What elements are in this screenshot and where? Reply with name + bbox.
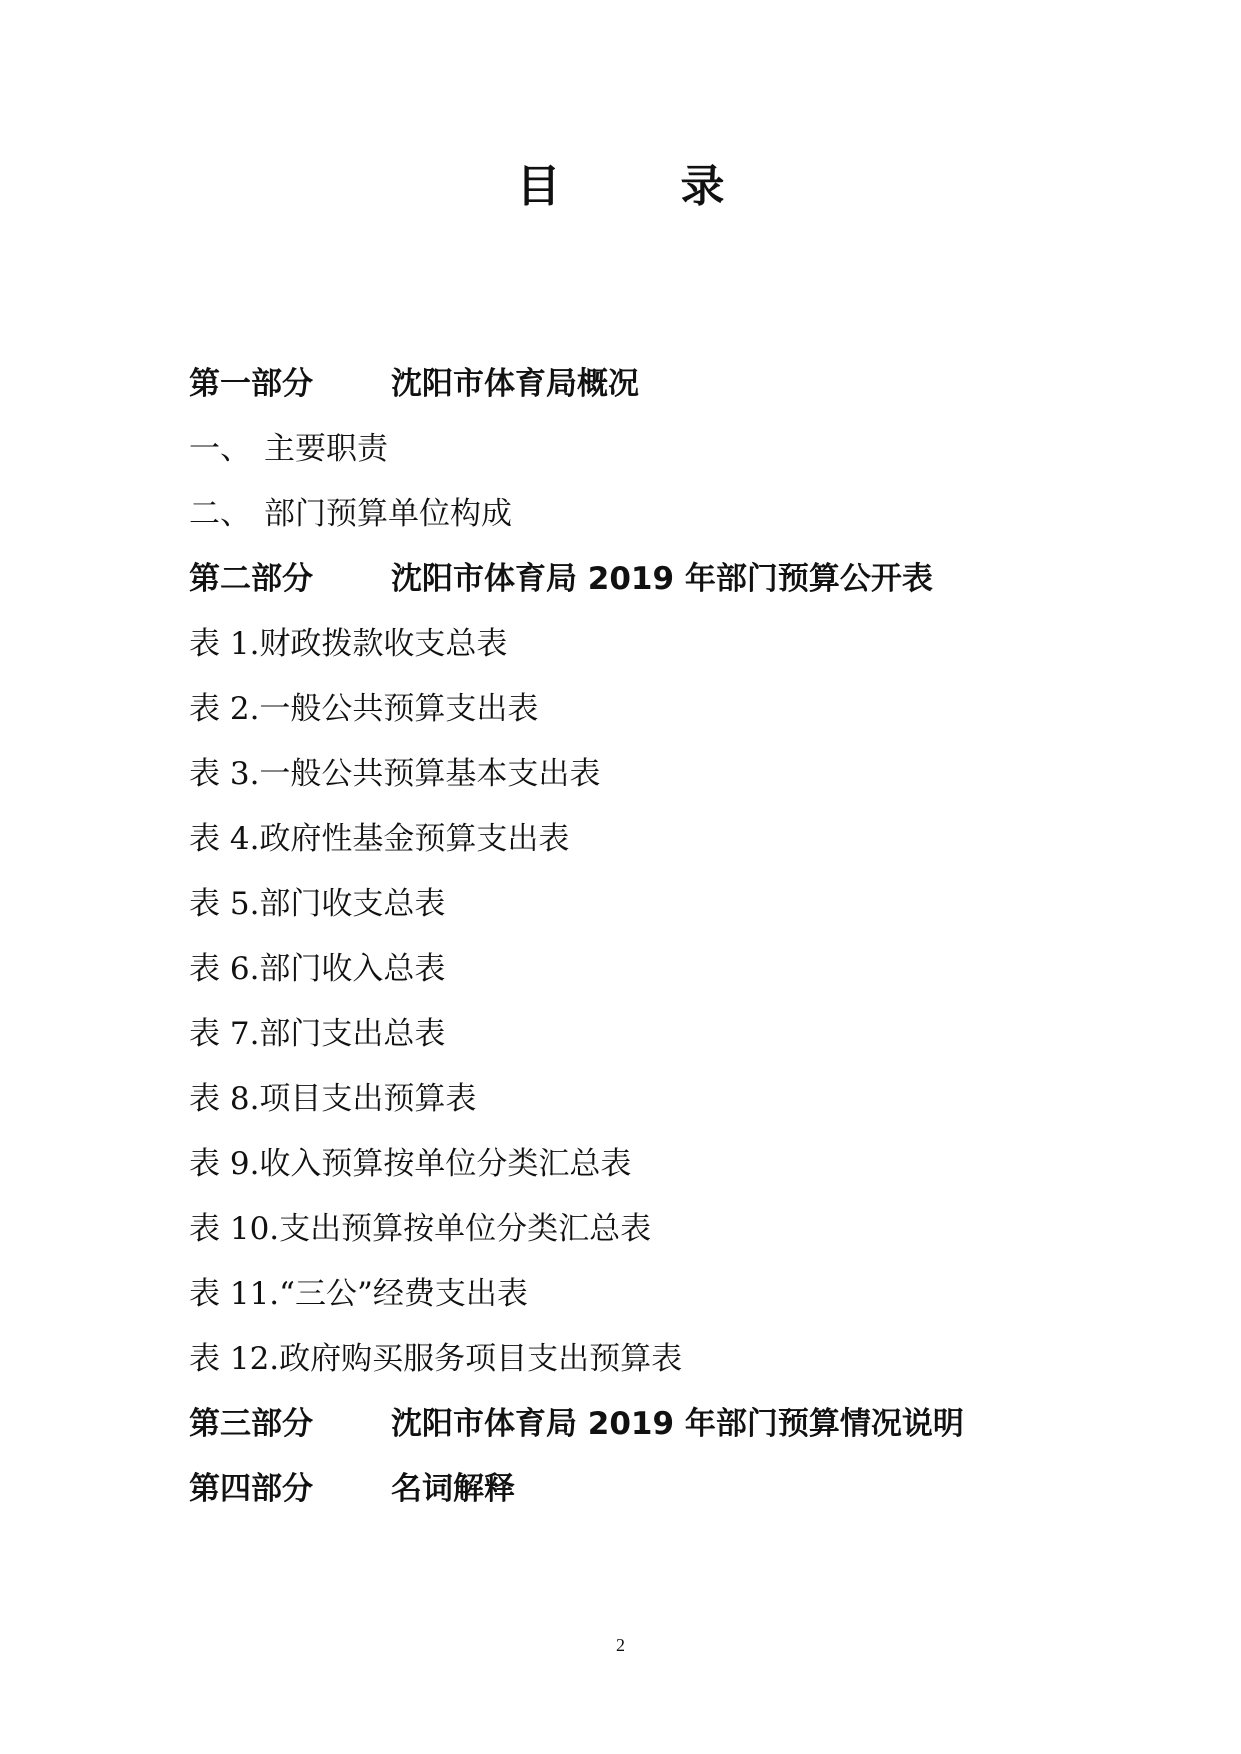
toc-section-label: 一、 bbox=[189, 417, 264, 482]
toc-part-4[interactable]: 第四部分名词解释 bbox=[189, 1457, 964, 1522]
toc-part-label: 第二部分 bbox=[189, 547, 391, 612]
toc-entry-text: 沈阳市体育局 2019 年部门预算情况说明 bbox=[391, 1406, 964, 1442]
toc-table-2[interactable]: 表 2.一般公共预算支出表 bbox=[189, 677, 964, 742]
page-number: 2 bbox=[0, 1635, 1241, 1656]
toc-entry-text: 沈阳市体育局概况 bbox=[391, 366, 639, 402]
toc-entry-text: 沈阳市体育局 2019 年部门预算公开表 bbox=[391, 561, 933, 597]
page-title: 目录 bbox=[0, 150, 1241, 214]
toc-table-4[interactable]: 表 4.政府性基金预算支出表 bbox=[189, 807, 964, 872]
table-of-contents: 第一部分沈阳市体育局概况 一、主要职责 二、部门预算单位构成 第二部分沈阳市体育… bbox=[189, 352, 964, 1522]
toc-part-2[interactable]: 第二部分沈阳市体育局 2019 年部门预算公开表 bbox=[189, 547, 964, 612]
toc-section-2[interactable]: 二、部门预算单位构成 bbox=[189, 482, 964, 547]
toc-section-label: 二、 bbox=[189, 482, 264, 547]
toc-part-label: 第一部分 bbox=[189, 352, 391, 417]
title-char-left: 目 bbox=[517, 150, 561, 214]
toc-table-5[interactable]: 表 5.部门收支总表 bbox=[189, 872, 964, 937]
toc-entry-text: 主要职责 bbox=[264, 431, 388, 467]
toc-table-6[interactable]: 表 6.部门收入总表 bbox=[189, 937, 964, 1002]
toc-table-8[interactable]: 表 8.项目支出预算表 bbox=[189, 1067, 964, 1132]
toc-part-1[interactable]: 第一部分沈阳市体育局概况 bbox=[189, 352, 964, 417]
toc-part-label: 第三部分 bbox=[189, 1392, 391, 1457]
toc-table-12[interactable]: 表 12.政府购买服务项目支出预算表 bbox=[189, 1327, 964, 1392]
toc-part-label: 第四部分 bbox=[189, 1457, 391, 1522]
title-char-right: 录 bbox=[681, 150, 725, 214]
toc-table-7[interactable]: 表 7.部门支出总表 bbox=[189, 1002, 964, 1067]
toc-entry-text: 名词解释 bbox=[391, 1471, 515, 1507]
toc-table-9[interactable]: 表 9.收入预算按单位分类汇总表 bbox=[189, 1132, 964, 1197]
toc-table-1[interactable]: 表 1.财政拨款收支总表 bbox=[189, 612, 964, 677]
toc-table-11[interactable]: 表 11.“三公”经费支出表 bbox=[189, 1262, 964, 1327]
toc-part-3[interactable]: 第三部分沈阳市体育局 2019 年部门预算情况说明 bbox=[189, 1392, 964, 1457]
toc-table-3[interactable]: 表 3.一般公共预算基本支出表 bbox=[189, 742, 964, 807]
toc-section-1[interactable]: 一、主要职责 bbox=[189, 417, 964, 482]
toc-entry-text: 部门预算单位构成 bbox=[264, 496, 512, 532]
toc-table-10[interactable]: 表 10.支出预算按单位分类汇总表 bbox=[189, 1197, 964, 1262]
